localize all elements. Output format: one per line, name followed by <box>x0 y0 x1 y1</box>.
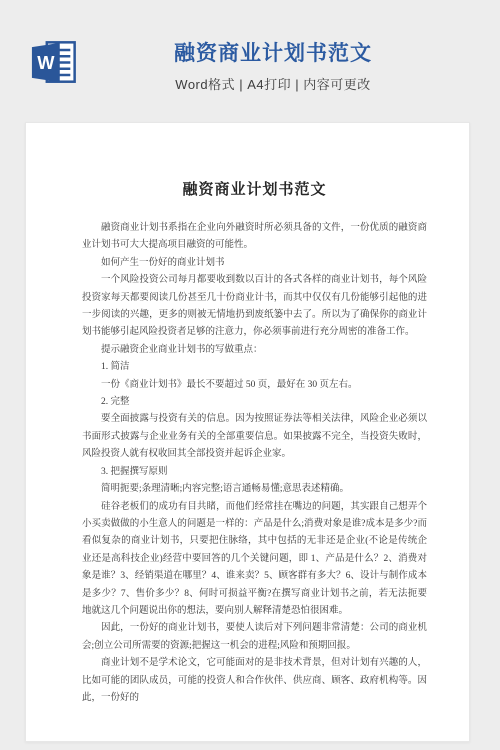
paragraph: 要全面披露与投资有关的信息。因为按照证券法等相关法律，风险企业必须以书面形式披露… <box>82 411 427 463</box>
paragraph: 一个风险投资公司每月都要收到数以百计的各式各样的商业计划书，每个风险投资家每天都… <box>82 272 427 342</box>
paragraph: 3. 把握撰写原则 <box>82 464 427 481</box>
document-page: 融资商业计划书范文 融资商业计划书系指在企业向外融资时所必须具备的文件，一份优质… <box>25 122 470 742</box>
header-text: 融资商业计划书范文 Word格式 | A4打印 | 内容可更改 <box>0 40 500 93</box>
paragraph: 2. 完整 <box>82 394 427 411</box>
paragraph: 1. 简洁 <box>82 359 427 376</box>
paragraph: 硅谷老板们的成功有目共睹，而他们经常挂在嘴边的问题，其实跟自己想弄个小买卖做做的… <box>82 499 427 621</box>
paragraph: 因此，一份好的商业计划书，要使人读后对下列问题非常清楚：公司的商业机会;创立公司… <box>82 620 427 655</box>
document-title: 融资商业计划书范文 <box>82 180 427 200</box>
paragraph: 提示融资企业商业计划书的写做重点： <box>82 342 427 359</box>
header: W 融资商业计划书范文 Word格式 | A4打印 | 内容可更改 <box>0 0 500 122</box>
paragraph: 简明扼要;条理清晰;内容完整;语言通畅易懂;意思表述精确。 <box>82 481 427 498</box>
paragraph: 一份《商业计划书》最长不要超过 50 页，最好在 30 页左右。 <box>82 377 427 394</box>
paragraph: 如何产生一份好的商业计划书 <box>82 255 427 272</box>
paragraph: 融资商业计划书系指在企业向外融资时所必须具备的文件，一份优质的融资商业计划书可大… <box>82 220 427 255</box>
page-title: 融资商业计划书范文 <box>46 40 500 67</box>
document-body: 融资商业计划书系指在企业向外融资时所必须具备的文件，一份优质的融资商业计划书可大… <box>82 220 427 707</box>
paragraph: 商业计划不是学术论文，它可能面对的是非技术背景，但对计划有兴趣的人，比如可能的团… <box>82 655 427 707</box>
page-subtitle: Word格式 | A4打印 | 内容可更改 <box>46 74 500 93</box>
template-preview: W 融资商业计划书范文 Word格式 | A4打印 | 内容可更改 融资商业计划… <box>0 0 500 750</box>
